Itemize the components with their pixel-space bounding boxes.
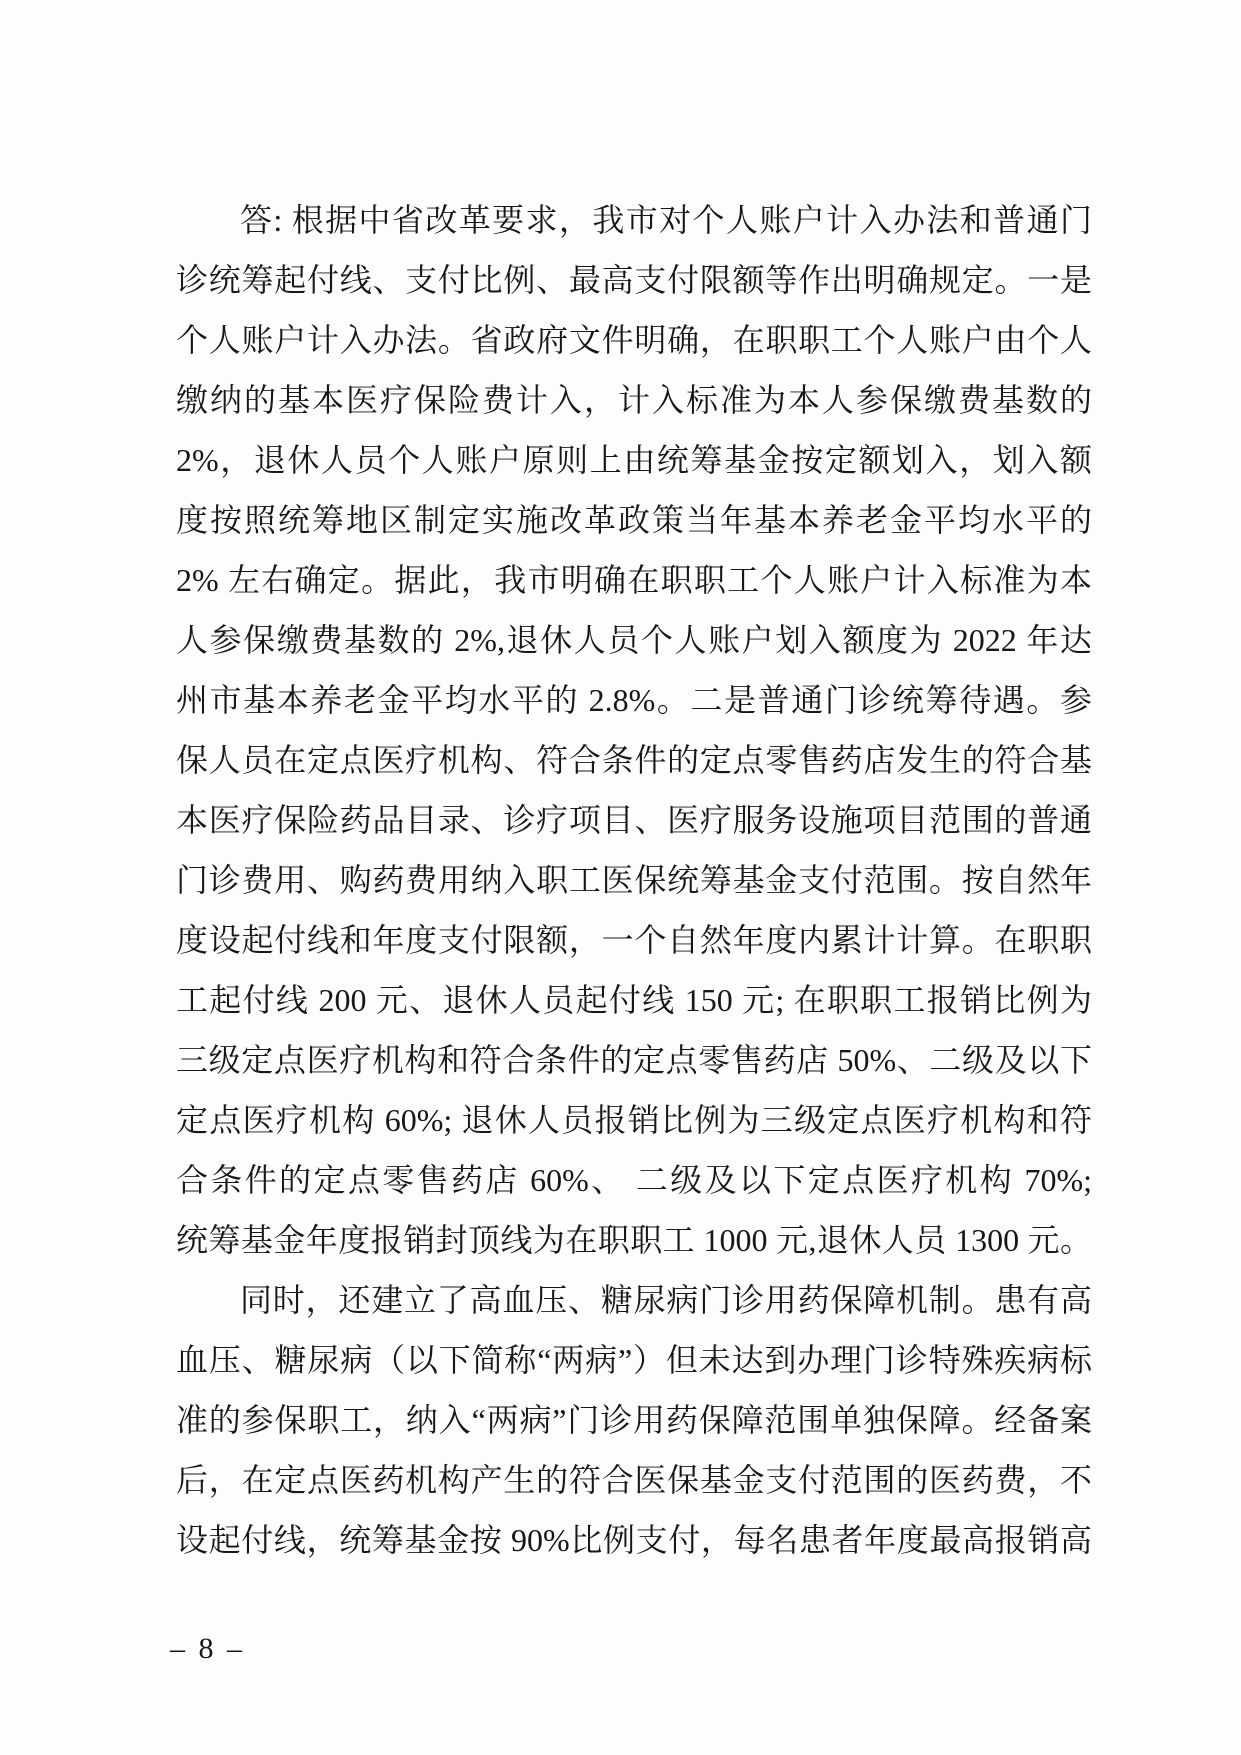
text-line: 合条件的定点零售药店 60%、 二级及以下定点医疗机构 70%; [176,1150,1092,1210]
text-line: 度设起付线和年度支付限额，一个自然年度内累计计算。在职职 [176,910,1092,970]
text-line: 个人账户计入办法。省政府文件明确，在职职工个人账户由个人 [176,310,1092,370]
scanned-document: { "document": { "page_number": "– 8 –", … [0,0,1241,1755]
document-page: 答: 根据中省改革要求，我市对个人账户计入办法和普通门诊统筹起付线、支付比例、最… [0,0,1241,1755]
text-line: 工起付线 200 元、退休人员起付线 150 元; 在职职工报销比例为 [176,970,1092,1030]
text-line: 准的参保职工，纳入“两病”门诊用药保障范围单独保障。经备案 [176,1390,1092,1450]
text-line: 缴纳的基本医疗保险费计入，计入标准为本人参保缴费基数的 [176,370,1092,430]
text-line: 2%，退休人员个人账户原则上由统筹基金按定额划入，划入额 [176,430,1092,490]
text-line: 后，在定点医药机构产生的符合医保基金支付范围的医药费，不 [176,1450,1092,1510]
text-line: 度按照统筹地区制定实施改革政策当年基本养老金平均水平的 [176,490,1092,550]
text-line: 统筹基金年度报销封顶线为在职职工 1000 元,退休人员 1300 元。 [176,1210,1092,1270]
text-line: 人参保缴费基数的 2%,退休人员个人账户划入额度为 2022 年达 [176,610,1092,670]
text-line: 同时，还建立了高血压、糖尿病门诊用药保障机制。患有高 [176,1270,1092,1330]
text-line: 诊统筹起付线、支付比例、最高支付限额等作出明确规定。一是 [176,250,1092,310]
text-line: 2% 左右确定。据此，我市明确在职职工个人账户计入标准为本 [176,550,1092,610]
text-line: 设起付线，统筹基金按 90%比例支付，每名患者年度最高报销高 [176,1510,1092,1570]
text-line: 本医疗保险药品目录、诊疗项目、医疗服务设施项目范围的普通 [176,790,1092,850]
text-line: 三级定点医疗机构和符合条件的定点零售药店 50%、二级及以下 [176,1030,1092,1090]
page-number: – 8 – [170,1632,245,1666]
text-line: 定点医疗机构 60%; 退休人员报销比例为三级定点医疗机构和符 [176,1090,1092,1150]
text-line: 血压、糖尿病（以下简称“两病”）但未达到办理门诊特殊疾病标 [176,1330,1092,1390]
text-line: 州市基本养老金平均水平的 2.8%。二是普通门诊统筹待遇。参 [176,670,1092,730]
document-body: 答: 根据中省改革要求，我市对个人账户计入办法和普通门诊统筹起付线、支付比例、最… [176,190,1092,1570]
text-line: 门诊费用、购药费用纳入职工医保统筹基金支付范围。按自然年 [176,850,1092,910]
text-line: 答: 根据中省改革要求，我市对个人账户计入办法和普通门 [176,190,1092,250]
text-line: 保人员在定点医疗机构、符合条件的定点零售药店发生的符合基 [176,730,1092,790]
